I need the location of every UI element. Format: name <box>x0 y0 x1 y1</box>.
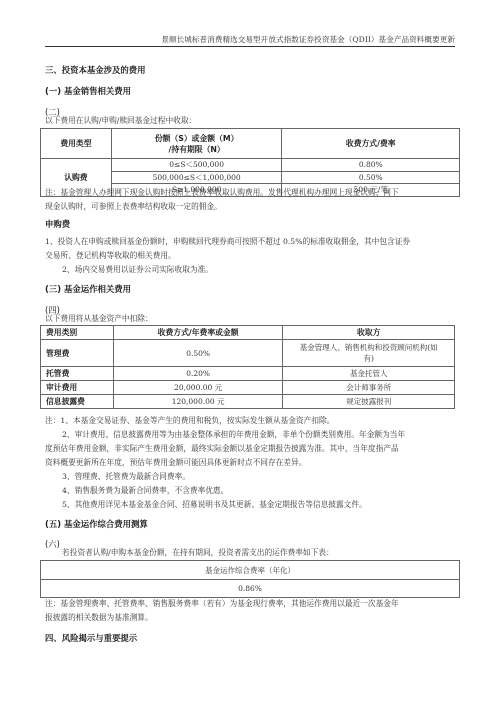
cell-fee-type: 托管费 <box>41 367 114 381</box>
cell-range: 0≤S＜500,000 <box>111 159 282 172</box>
cell-fee: 0.80% <box>282 159 460 172</box>
composite-fee-note-line2: 报披露的相关数据为基准测算。 <box>45 611 153 625</box>
table-header-amount-line2: /持有期限（N） <box>112 144 282 155</box>
sales-fee-note-line2: 现金认购时，可参照上表费率结构收取一定的佣金。 <box>45 200 222 214</box>
purchase-fee-line3: 2、场内交易费用以证券公司实际收取为准。 <box>45 263 213 277</box>
cell-composite-rate-value: 0.86% <box>41 580 460 598</box>
cell-range: 500,000≤S＜1,000,000 <box>111 171 282 184</box>
table-row: 审计费用 20,000.00 元 会计师事务所 <box>41 381 455 395</box>
subsection-title-composite-fee: (五) 基金运作综合费用测算 <box>45 518 148 530</box>
operation-fee-table: 费用类别 收费方式/年费率或金额 收取方 管理费 0.50% 基金管理人、销售机… <box>40 325 455 409</box>
composite-fee-note-line1: 注：基金管理费率、托管费率、销售服务费率（若有）为基金现行费率，其他运作费用以最… <box>45 597 399 611</box>
cell-recipient: 基金管理人、销售机构和投资顾问机构(如 有) <box>283 340 455 367</box>
purchase-fee-line1: 1、投资人在申购或赎回基金份额时，申购赎回代理券商可按照不超过 0.5%的标准收… <box>45 235 410 249</box>
cell-fee: 0.50% <box>282 171 460 184</box>
subsection-title-operation-fees: (三) 基金运作相关费用 <box>45 283 131 295</box>
table-row: 托管费 0.20% 基金托管人 <box>41 367 455 381</box>
section-title-risk-disclosure: 四、风险揭示与重要提示 <box>45 632 137 644</box>
cell-amount: 0.50% <box>113 340 283 367</box>
table-header-amount: 份额（S）或金额（M） /持有期限（N） <box>111 129 282 159</box>
composite-fee-table: 基金运作综合费率（年化） 0.86% <box>40 560 460 598</box>
operation-fee-note-line6: 4、销售服务费为最新合同费率，不含费率优惠。 <box>45 484 228 498</box>
header-divider <box>45 46 455 47</box>
purchase-fee-title: 申购费 <box>45 218 70 230</box>
purchase-fee-line2: 交易所、登记机构等收取的相关费用。 <box>45 249 176 263</box>
subsection-title-sales-fees: (一) 基金销售相关费用 <box>45 85 131 97</box>
cell-fee-type: 信息披露费 <box>41 395 114 409</box>
table-header-composite-rate: 基金运作综合费率（年化） <box>41 561 460 580</box>
operation-fee-note-line5: 3、管理费、托管费为最新合同费率。 <box>45 470 190 484</box>
cell-amount: 120,000.00 元 <box>113 395 283 409</box>
operation-fee-note-line1: 注：1、本基金交易证券、基金等产生的费用和税负，按实际发生额从基金资产扣除。 <box>45 414 334 428</box>
table-header-fee-method: 收费方式/年费率或金额 <box>113 326 283 340</box>
cell-amount: 20,000.00 元 <box>113 381 283 395</box>
cell-recipient: 规定披露报刊 <box>283 395 455 409</box>
cell-recipient: 基金托管人 <box>283 367 455 381</box>
operation-fee-note-line3: 度预估年费用金额，非实际产生费用金额，最终实际金额以基金定期报告披露为准。其中，… <box>45 442 399 456</box>
cell-recipient-line2: 有) <box>283 353 454 364</box>
table-header-fee-type: 费用类型 <box>41 129 112 159</box>
cell-fee-type: 审计费用 <box>41 381 114 395</box>
table-row: 管理费 0.50% 基金管理人、销售机构和投资顾问机构(如 有) <box>41 340 455 367</box>
cell-amount: 0.20% <box>113 367 283 381</box>
composite-fee-intro: 若投资者认购/申购本基金份额，在持有期间，投资者需支出的运作费率如下表： <box>45 546 334 560</box>
table-header-fee-category: 费用类别 <box>41 326 114 340</box>
cell-recipient: 会计师事务所 <box>283 381 455 395</box>
table-row: 认购费 0≤S＜500,000 0.80% <box>41 159 460 172</box>
sales-fee-note-line1: 注：基金管理人办理网下现金认购时按照上表费率收取认购费用。发售代理机构办理网上现… <box>45 186 399 200</box>
operation-fee-note-line7: 5、其他费用详见本基金基金合同、招募说明书及其更新、基金定期报告等信息披露文件。 <box>45 498 367 512</box>
table-row: 0.86% <box>41 580 460 598</box>
table-header-recipient: 收取方 <box>283 326 455 340</box>
operation-fee-note-line4: 资料概要更新所在年度，预估年费用金额可能因具体更新时点不同存在差异。 <box>45 456 306 470</box>
cell-recipient-line1: 基金管理人、销售机构和投资顾问机构(如 <box>283 342 454 353</box>
cell-fee-type: 管理费 <box>41 340 114 367</box>
operation-fee-intro: 以下费用将从基金资产中扣除： <box>45 312 153 326</box>
section-title-fees: 三、投资本基金涉及的费用 <box>45 64 146 76</box>
sales-fee-intro: 以下费用在认购/申购/赎回基金过程中收取： <box>45 114 196 128</box>
document-header-title: 景顺长城标普消费精选交易型开放式指数证券投资基金（QDII）基金产品资料概要更新 <box>45 34 455 45</box>
table-header-fee-rate: 收费方式/费率 <box>282 129 460 159</box>
operation-fee-note-line2: 2、审计费用、信息披露费用等为由基金整体承担的年费用金额，非单个份额类别费用。年… <box>45 428 405 442</box>
table-row: 信息披露费 120,000.00 元 规定披露报刊 <box>41 395 455 409</box>
table-header-amount-line1: 份额（S）或金额（M） <box>112 133 282 144</box>
